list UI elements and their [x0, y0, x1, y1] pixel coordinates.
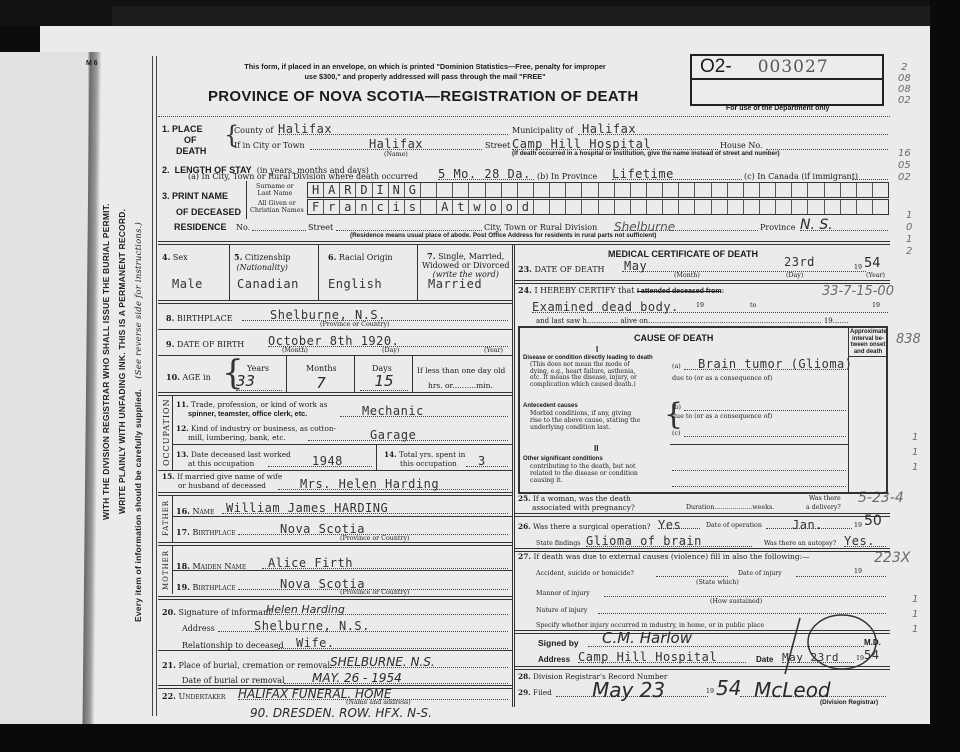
divider [229, 245, 230, 301]
surname-label: Surname orLast Name [256, 183, 294, 197]
surname-letter-grid[interactable]: HARDING [307, 182, 889, 198]
margin-ticks-2: 111 [912, 592, 918, 637]
form-code: M 6 [86, 60, 98, 67]
margin-ticks-1: 111 [912, 430, 918, 475]
dob-year-sublabel: (Year) [484, 347, 503, 354]
letter-box[interactable] [582, 200, 598, 214]
divider [848, 326, 849, 492]
injury-date-label: Date of injury [738, 570, 782, 577]
letter-box[interactable] [486, 183, 502, 197]
undertaker-sublabel: (Name and address) [346, 699, 411, 706]
father-side-label: FATHER [162, 500, 170, 536]
date-of-death-field[interactable]: May 23rd [622, 255, 866, 272]
birthplace-sublabel: (Province or Country) [320, 321, 389, 328]
physician-address-label: Address [538, 655, 570, 664]
margin-code-223x: 223X [874, 550, 910, 566]
dob-month-sublabel: (Month) [282, 347, 308, 354]
spouse-label: 15. If married give name of wifeor husba… [162, 472, 282, 490]
letter-box[interactable] [566, 200, 582, 214]
margin-notes-3: 1012 [906, 210, 912, 258]
father-birthplace-field[interactable]: Nova Scotia [238, 518, 508, 535]
divider [158, 492, 512, 496]
house-no-label: House No. [720, 141, 763, 150]
letter-box[interactable]: I [373, 183, 389, 197]
letter-box[interactable] [663, 183, 679, 197]
certificate-date-field[interactable]: May 23rd [782, 646, 854, 663]
pregnancy-duration-field[interactable]: Duration...................weeks. [686, 504, 774, 511]
injury-date-field[interactable]: 19 [796, 566, 886, 577]
residence-no-field[interactable] [252, 216, 306, 231]
letter-box[interactable] [469, 183, 485, 197]
manner-of-injury-field[interactable] [604, 586, 886, 597]
letter-box[interactable] [421, 200, 437, 214]
letter-box[interactable] [534, 200, 550, 214]
divider [417, 245, 418, 301]
letter-box[interactable] [808, 200, 824, 214]
manner-of-injury-label: Manner of injury [536, 590, 590, 597]
age-months-value[interactable]: 7 [292, 374, 350, 393]
city-sublabel: (Name) [384, 151, 408, 158]
given-names-letter-grid[interactable]: FrancisAtwood [307, 199, 889, 215]
age-years-value[interactable]: 33 [236, 372, 282, 391]
letter-box[interactable]: G [405, 183, 421, 197]
trade-label: 11. Trade, profession, or kind of work a… [176, 400, 328, 418]
registration-number-box: O2- 003027 [690, 54, 884, 106]
letter-box[interactable] [647, 183, 663, 197]
letter-box[interactable] [631, 183, 647, 197]
divider [158, 241, 890, 245]
mother-maiden-name-field[interactable]: Alice Firth [262, 552, 508, 569]
marital-status-label: 7. Single, Married,Widowed or Divorced(w… [422, 252, 509, 279]
residence-no-label: No. [236, 223, 250, 232]
letter-box[interactable] [695, 183, 711, 197]
certify-label: 24. I HEREBY CERTIFY that I attended dec… [518, 285, 724, 295]
letter-box[interactable] [712, 183, 728, 197]
letter-box[interactable] [873, 183, 888, 197]
autopsy-label: Was there an autopsy? [764, 540, 836, 547]
mother-birthplace-label: 19. Birthplace [176, 582, 236, 592]
father-name-label: 16. Name [176, 506, 214, 516]
years-spent-label: 14. Total yrs. spent inthis occupation [384, 450, 465, 468]
date-of-birth-field[interactable]: October 8th 1920. [268, 330, 508, 347]
place-of-death-label: 1. PLACE OF DEATH [162, 124, 206, 157]
letter-box[interactable] [550, 183, 566, 197]
letter-box[interactable] [695, 200, 711, 214]
residence-city-label: City, Town or Rural Division [484, 223, 597, 232]
divider [848, 356, 886, 357]
relationship-label: Relationship to deceased [182, 641, 284, 650]
registrar-signature-field[interactable]: McLeod [740, 678, 886, 697]
operation-date-field[interactable]: Jan. [766, 514, 852, 529]
citizenship-value[interactable]: Canadian [237, 277, 299, 291]
letter-box[interactable] [599, 200, 615, 214]
other-conditions-field-1[interactable] [672, 460, 846, 471]
letter-box[interactable] [712, 200, 728, 214]
letter-box[interactable] [841, 183, 857, 197]
letter-box[interactable]: F [308, 200, 324, 214]
cause-b-label: (b) [672, 404, 681, 411]
letter-box[interactable]: c [373, 200, 389, 214]
residence-city-field[interactable]: Shelburne [614, 216, 758, 231]
divider [172, 570, 512, 571]
letter-box[interactable] [744, 200, 760, 214]
letter-box[interactable] [615, 200, 631, 214]
scan-right-border [930, 0, 960, 752]
cause-of-death-title: CAUSE OF DEATH [634, 333, 713, 343]
letter-box[interactable] [437, 183, 453, 197]
house-no-field[interactable] [766, 133, 888, 150]
other-conditions-note: contributing to the death, but notrelate… [530, 463, 638, 484]
letter-box[interactable] [857, 200, 873, 214]
divider [670, 444, 848, 445]
part-one-label: I [596, 345, 598, 354]
letter-box[interactable] [421, 183, 437, 197]
letter-box[interactable] [582, 183, 598, 197]
residence-province-field[interactable]: N. S. [800, 214, 888, 231]
burial-place-field[interactable]: SHELBURNE. N.S. [330, 651, 508, 668]
letter-box[interactable]: A [437, 200, 453, 214]
street-field[interactable]: Camp Hill Hospital [512, 133, 718, 150]
pregnancy-label: 25. If a woman, was the deathassociated … [518, 494, 635, 512]
column-divider [512, 245, 515, 707]
divider [158, 542, 512, 546]
letter-box[interactable] [873, 200, 888, 214]
residence-note: (Residence means usual place of abode. P… [350, 232, 656, 239]
cause-a-label: (a) [672, 363, 681, 370]
due-to-label-1: due to (or as a consequence of) [672, 375, 772, 382]
letter-box[interactable]: w [469, 200, 485, 214]
undertaker-name-field[interactable]: HALIFAX FUNERAL. HOME [238, 683, 508, 700]
letter-box[interactable]: H [308, 183, 324, 197]
divider [514, 280, 890, 284]
margin-notes-2: 160502 [898, 148, 911, 184]
letter-box[interactable] [615, 183, 631, 197]
stay-province-field[interactable]: Lifetime [612, 163, 742, 180]
letter-box[interactable]: i [389, 200, 405, 214]
racial-origin-value[interactable]: English [328, 277, 382, 291]
registration-prefix: O2- [700, 56, 732, 78]
death-month-sublabel: (Month) [674, 272, 700, 279]
autopsy-field[interactable]: Yes. [844, 530, 886, 547]
cause-a-field[interactable]: Brain tumor (Glioma) [684, 353, 846, 370]
age-label: 10. AGE in [166, 372, 211, 382]
mother-birthplace-sublabel: (Province or Country) [340, 589, 409, 596]
letter-box[interactable] [841, 200, 857, 214]
letter-box[interactable] [631, 200, 647, 214]
date-of-birth-label: 9. DATE OF BIRTH [166, 339, 244, 349]
operation-year-prefix: 19 [854, 522, 862, 529]
accident-field[interactable] [656, 566, 728, 577]
accident-label: Accident, suicide or homicide? [536, 570, 634, 577]
residence-street-field[interactable] [336, 216, 482, 231]
divider [412, 356, 413, 392]
letter-box[interactable] [825, 183, 841, 197]
letter-box[interactable] [728, 200, 744, 214]
letter-box[interactable]: N [389, 183, 405, 197]
marital-status-value[interactable]: Married [428, 277, 482, 291]
father-birthplace-sublabel: (Province or Country) [340, 535, 409, 542]
margin-code-838: 838 [896, 332, 921, 347]
age-months-label: Months [306, 364, 337, 373]
informant-signature-field[interactable]: Helen Harding [266, 598, 508, 615]
father-birthplace-label: 17. Birthplace [176, 527, 236, 537]
operation-field[interactable]: Yes [658, 514, 700, 529]
death-day-sublabel: (Day) [786, 272, 803, 279]
letter-box[interactable]: a [340, 200, 356, 214]
letter-box[interactable] [550, 200, 566, 214]
certificate-year[interactable]: 54 [864, 648, 879, 662]
letter-box[interactable] [679, 200, 695, 214]
folded-flap-page [0, 52, 88, 752]
findings-field[interactable]: Glioma of brain [586, 530, 752, 547]
state-which-sublabel: (State which) [696, 579, 739, 586]
letter-box[interactable] [825, 200, 841, 214]
postal-notice: This form, if placed in an envelope, on … [215, 62, 635, 82]
informant-address-label: Address [182, 624, 215, 633]
letter-box[interactable]: D [356, 183, 372, 197]
informant-address-field[interactable]: Shelburne, N.S. [218, 615, 508, 632]
father-name-field[interactable]: William James HARDING [222, 497, 508, 514]
divider [158, 470, 512, 471]
street-note: (If death occurred in a hospital or inst… [512, 150, 780, 157]
age-hrs-min-field[interactable]: hrs. or..........min. [428, 381, 493, 390]
street-label: Street [485, 141, 510, 150]
divider [354, 356, 355, 392]
divider [158, 355, 512, 356]
certificate-date-label: Date [756, 655, 773, 664]
cause-c-label: (c) [672, 430, 680, 437]
undertaker-label: 22. Undertaker [162, 691, 225, 701]
dept-use-note: For use of the Department only [726, 105, 829, 112]
findings-label: State findings [536, 540, 580, 547]
delivery-label: Was therea delivery? [806, 494, 841, 512]
side-instruction-line3: Every item of information should be care… [133, 222, 144, 622]
cause-c-field[interactable] [684, 426, 846, 437]
letter-box[interactable] [728, 183, 744, 197]
letter-box[interactable] [776, 200, 792, 214]
other-conditions-field-2[interactable] [672, 476, 846, 487]
filed-label: 29. Filed [518, 688, 552, 697]
sex-value[interactable]: Male [172, 277, 203, 291]
divider [172, 444, 512, 445]
due-to-label-2: due to (or as a consequence of) [672, 413, 772, 420]
stay-city-label: (a) In City, Town or Rural Division wher… [188, 172, 418, 181]
letter-box[interactable] [760, 200, 776, 214]
margin-notes-top: 2080802 [898, 62, 911, 106]
mother-birthplace-field[interactable]: Nova Scotia [238, 573, 508, 590]
city-label: If in City or Town [234, 141, 305, 150]
direct-cause-note: (This does not mean the mode ofdying, e.… [530, 362, 637, 388]
side-instruction-line2: WRITE PLAINLY WITH UNFADING INK. THIS IS… [117, 209, 127, 514]
occupation-side-label: OCCUPATION [162, 398, 171, 466]
operation-date-label: Date of operation [706, 522, 762, 529]
letter-box[interactable]: n [356, 200, 372, 214]
filed-year-prefix: 19 [706, 688, 714, 695]
registration-number: 003027 [758, 57, 829, 77]
years-spent-field[interactable]: 3 [466, 450, 508, 467]
county-label: County of [234, 126, 273, 135]
divider [514, 666, 890, 670]
letter-box[interactable]: r [324, 200, 340, 214]
division-registrar-sublabel: (Division Registrar) [820, 699, 878, 706]
mother-side-label: MOTHER [162, 550, 170, 590]
age-days-value[interactable]: 15 [360, 372, 408, 391]
letter-box[interactable] [518, 183, 534, 197]
relationship-field[interactable]: Wife. [278, 632, 508, 649]
undertaker-address[interactable]: 90. DRESDEN. ROW. HFX. N-S. [250, 706, 432, 720]
dob-day-sublabel: (Day) [382, 347, 399, 354]
filed-date-field[interactable]: May 23 [556, 678, 708, 697]
death-year-value[interactable]: 54 [864, 256, 881, 271]
divider [172, 516, 512, 517]
industry-field[interactable]: Garage [308, 424, 508, 441]
letter-box[interactable]: o [486, 200, 502, 214]
age-less-than-day-label: If less than one day old [417, 366, 505, 375]
letter-box[interactable] [647, 200, 663, 214]
external-causes-label: 27. If death was due to external causes … [518, 552, 810, 561]
residence-label: RESIDENCE [174, 222, 227, 232]
antecedent-causes-note: Morbid conditions, if any, givingrise to… [530, 410, 640, 431]
divider [246, 181, 247, 219]
spouse-field[interactable]: Mrs. Helen Harding [278, 473, 508, 490]
given-names-label: All Given orChristian Names [250, 200, 304, 214]
letter-box[interactable] [760, 183, 776, 197]
part-two-label: II [594, 444, 598, 453]
other-conditions-label: Other significant conditions [523, 456, 603, 462]
death-year-sublabel: (Year) [866, 272, 885, 279]
letter-box[interactable]: o [502, 200, 518, 214]
operation-year[interactable]: 50 [864, 513, 882, 529]
stay-canada-field[interactable] [852, 163, 888, 180]
date-of-death-label: 23. DATE OF DEATH [518, 264, 605, 274]
letter-box[interactable] [776, 183, 792, 197]
letter-box[interactable] [502, 183, 518, 197]
letter-box[interactable]: s [405, 200, 421, 214]
interval-header: Approximateinterval be-tween onsetand de… [850, 329, 886, 355]
letter-box[interactable] [792, 200, 808, 214]
sex-label: 4. Sex [162, 252, 188, 262]
filed-year[interactable]: 54 [716, 676, 741, 700]
letter-box[interactable]: d [518, 200, 534, 214]
deceased-name-label: 3. PRINT NAMEOF DECEASED [162, 188, 241, 220]
birthplace-label: 8. BIRTHPLACE [166, 313, 233, 323]
certificate-year-prefix: 19 [856, 655, 864, 662]
divider [158, 392, 512, 396]
side-instruction-line1: WITH THE DIVISION REGISTRAR WHO SHALL IS… [101, 203, 111, 520]
stay-canada-label: (c) In Canada (if immigrant) [744, 172, 858, 181]
form-left-border [152, 56, 157, 716]
letter-box[interactable] [663, 200, 679, 214]
certify-field[interactable]: Examined dead body. 19 to 19 [532, 296, 888, 313]
death-year-prefix: 19 [854, 264, 862, 271]
stay-province-label: (b) In Province [537, 172, 597, 181]
racial-origin-label: 6. Racial Origin [328, 252, 393, 262]
letter-box[interactable]: A [324, 183, 340, 197]
last-worked-field[interactable]: 1948 [268, 450, 372, 467]
divider [376, 444, 377, 470]
divider [158, 116, 890, 117]
burial-date-field[interactable]: MAY. 26 - 1954 [284, 667, 508, 684]
cause-b-field[interactable] [684, 400, 846, 411]
trade-field[interactable]: Mechanic [340, 400, 508, 417]
antecedent-causes-label: Antecedent causes [523, 403, 578, 409]
form-title: PROVINCE OF NOVA SCOTIA—REGISTRATION OF … [208, 88, 638, 105]
scan-bottom-border [0, 724, 960, 752]
letter-box[interactable] [808, 183, 824, 197]
nature-of-injury-label: Nature of injury [536, 607, 587, 614]
physician-address-field[interactable]: Camp Hill Hospital [578, 646, 746, 663]
city-field[interactable]: Halifax [310, 133, 482, 150]
letter-box[interactable] [679, 183, 695, 197]
letter-box[interactable] [857, 183, 873, 197]
letter-box[interactable]: R [340, 183, 356, 197]
last-saw-field[interactable]: and last saw h.............. alive on...… [536, 317, 848, 325]
letter-box[interactable] [566, 183, 582, 197]
signed-by-label: Signed by [538, 638, 579, 648]
stay-city-field[interactable]: 5 Mo. 28 Da. [438, 163, 534, 180]
letter-box[interactable]: t [453, 200, 469, 214]
divider [318, 245, 319, 301]
letter-box[interactable] [792, 183, 808, 197]
divider [286, 356, 287, 392]
scan-top-shadow [112, 6, 960, 26]
birthplace-field[interactable]: Shelburne, N.S. [242, 304, 508, 321]
citizenship-label: 5. Citizenship(Nationality) [234, 252, 290, 273]
letter-box[interactable] [599, 183, 615, 197]
letter-box[interactable] [534, 183, 550, 197]
letter-box[interactable] [744, 183, 760, 197]
residence-street-label: Street [308, 223, 333, 232]
residence-province-label: Province [760, 223, 795, 232]
letter-box[interactable] [453, 183, 469, 197]
